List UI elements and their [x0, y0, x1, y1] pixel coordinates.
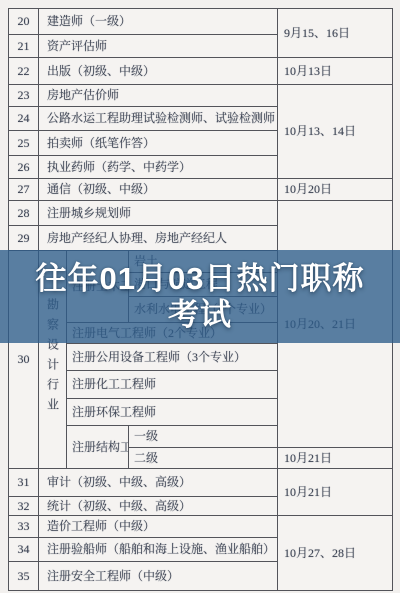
civil-engineer-specialty: 水利水电工程（5个专业） — [129, 297, 278, 323]
table-row: 20 建造师（一级） 9月15、16日 — [9, 9, 393, 35]
exam-name: 执业药师（药学、中药学） — [39, 156, 278, 179]
table-row: 31 审计（初级、中级、高级） 10月21日 — [9, 469, 393, 497]
exam-date: 10月20日 — [278, 179, 393, 201]
table-row: 33 造价工程师（中级） 10月27、28日 — [9, 516, 393, 538]
exam-name: 通信（初级、中级） — [39, 179, 278, 201]
exam-name: 审计（初级、中级、高级） — [39, 469, 278, 497]
structural-engineer-level: 一级 — [129, 426, 278, 448]
row-number: 21 — [9, 35, 39, 58]
row-number: 34 — [9, 538, 39, 562]
row-number: 33 — [9, 516, 39, 538]
row-number: 29 — [9, 226, 39, 251]
row-number: 22 — [9, 58, 39, 85]
civil-engineer-specialty: 岩土 — [129, 251, 278, 273]
row-number: 25 — [9, 131, 39, 156]
exam-name: 公路水运工程助理试验检测师、试验检测师 — [39, 107, 278, 131]
exam-schedule-table: 20 建造师（一级） 9月15、16日 21 资产评估师 22 出版（初级、中级… — [8, 8, 393, 591]
civil-engineer-label: 注册土木工程师 — [67, 251, 129, 323]
row-number: 20 — [9, 9, 39, 35]
exam-name: 房地产经纪人协理、房地产经纪人 — [39, 226, 278, 251]
exam-name: 注册公用设备工程师（3个专业） — [67, 344, 278, 371]
exam-name: 注册环保工程师 — [67, 399, 278, 426]
row-number: 32 — [9, 497, 39, 516]
row-number: 23 — [9, 85, 39, 107]
exam-name: 建造师（一级） — [39, 9, 278, 35]
exam-name: 造价工程师（中级） — [39, 516, 278, 538]
exam-date: 10月20、21日 — [278, 201, 393, 448]
exam-name: 注册安全工程师（中级） — [39, 562, 278, 591]
row-number: 35 — [9, 562, 39, 591]
exam-name: 房地产估价师 — [39, 85, 278, 107]
row-number: 24 — [9, 107, 39, 131]
exam-name: 出版（初级、中级） — [39, 58, 278, 85]
row-number: 27 — [9, 179, 39, 201]
exam-name: 注册化工工程师 — [67, 371, 278, 399]
scanned-exam-schedule-page: 20 建造师（一级） 9月15、16日 21 资产评估师 22 出版（初级、中级… — [0, 0, 400, 593]
table-row: 27 通信（初级、中级） 10月20日 — [9, 179, 393, 201]
industry-vertical-text: 勘察设计行业 — [47, 298, 59, 418]
industry-vertical-label: 勘察设计行业 — [39, 251, 67, 469]
exam-date: 10月21日 — [278, 469, 393, 516]
table-row: 22 出版（初级、中级） 10月13日 — [9, 58, 393, 85]
exam-name: 资产评估师 — [39, 35, 278, 58]
exam-name: 拍卖师（纸笔作答） — [39, 131, 278, 156]
exam-name: 注册验船师（船舶和海上设施、渔业船舶） — [39, 538, 278, 562]
table-row: 28 注册城乡规划师 10月20、21日 — [9, 201, 393, 226]
row-number: 30 — [9, 251, 39, 469]
row-number: 31 — [9, 469, 39, 497]
exam-name: 注册城乡规划师 — [39, 201, 278, 226]
exam-name: 注册电气工程师（2个专业） — [67, 323, 278, 344]
exam-date: 9月15、16日 — [278, 9, 393, 58]
exam-name: 统计（初级、中级、高级） — [39, 497, 278, 516]
table-row: 23 房地产估价师 10月13、14日 — [9, 85, 393, 107]
row-number: 28 — [9, 201, 39, 226]
civil-engineer-specialty: 港口与航道工程 — [129, 273, 278, 297]
exam-date: 10月13日 — [278, 58, 393, 85]
row-number: 26 — [9, 156, 39, 179]
exam-date: 10月21日 — [278, 448, 393, 469]
exam-date: 10月13、14日 — [278, 85, 393, 179]
exam-date: 10月27、28日 — [278, 516, 393, 591]
structural-engineer-label: 注册结构工程师 — [67, 426, 129, 469]
structural-engineer-level: 二级 — [129, 448, 278, 469]
